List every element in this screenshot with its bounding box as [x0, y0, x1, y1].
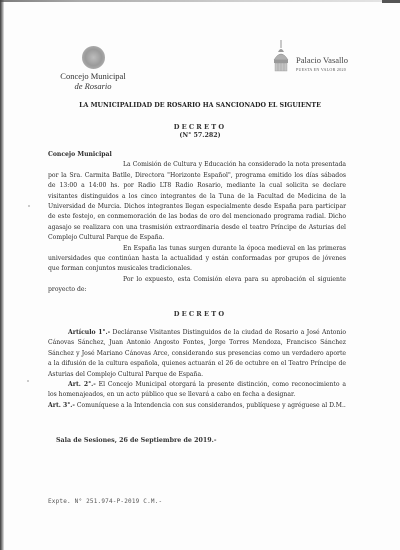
article-label: Art. 2°.-: [68, 381, 96, 388]
considerandos-section: Concejo Municipal La Comisión de Cultura…: [48, 150, 346, 296]
article-label: Artículo 1°.-: [68, 329, 110, 336]
file-reference: Expte. N° 251.974-P-2019 C.M.-: [48, 498, 162, 505]
scan-speck: [28, 205, 30, 207]
article-label: Art. 3°.-: [48, 402, 75, 409]
document-page: Concejo Municipal de Rosario Palacio Vas…: [0, 0, 400, 550]
municipal-seal-icon: [82, 46, 105, 69]
palace-dome-icon: [271, 40, 291, 72]
decree-title: DECRETO: [0, 123, 400, 131]
logo-title: Palacio Vasallo: [296, 55, 348, 65]
signature-line: Sala de Sesiones, 26 de Septiembre de 20…: [56, 437, 216, 444]
document-heading: LA MUNICIPALIDAD DE ROSARIO HA SANCIONAD…: [0, 102, 400, 109]
considerando-paragraph-2: En España las tunas surgen durante la ép…: [48, 244, 346, 275]
considerando-paragraph-3: Por lo expuesto, esta Comisión eleva par…: [48, 275, 346, 296]
logo-line-1: Concejo Municipal: [48, 71, 138, 81]
article-3: Art. 3°.- Comuníquese a la Intendencia c…: [48, 401, 346, 411]
article-1: Artículo 1°.- Decláranse Visitantes Dist…: [48, 328, 346, 380]
scan-speck: [27, 380, 29, 382]
decree-title-2: DECRETO: [0, 310, 400, 318]
logo-subtitle: PUESTA EN VALOR 2020: [296, 67, 346, 72]
section-label: Concejo Municipal: [48, 150, 346, 160]
scan-top-edge: [0, 0, 400, 2]
concejo-municipal-logo: Concejo Municipal de Rosario: [48, 46, 138, 91]
article-text: Comuníquese a la Intendencia con sus con…: [75, 402, 346, 409]
logo-line-2: de Rosario: [48, 81, 138, 91]
considerando-paragraph-1: La Comisión de Cultura y Educación ha co…: [48, 160, 346, 243]
decree-number: (N° 57.282): [0, 132, 400, 139]
article-text: Decláranse Visitantes Distinguidos de la…: [48, 329, 346, 378]
palacio-vasallo-logo: Palacio Vasallo PUESTA EN VALOR 2020: [271, 40, 381, 76]
article-2: Art. 2°.- El Concejo Municipal otorgará …: [48, 380, 346, 401]
scan-left-edge: [0, 0, 4, 550]
scan-corner-mark: [382, 0, 400, 3]
articles-section: Artículo 1°.- Decláranse Visitantes Dist…: [48, 328, 346, 411]
